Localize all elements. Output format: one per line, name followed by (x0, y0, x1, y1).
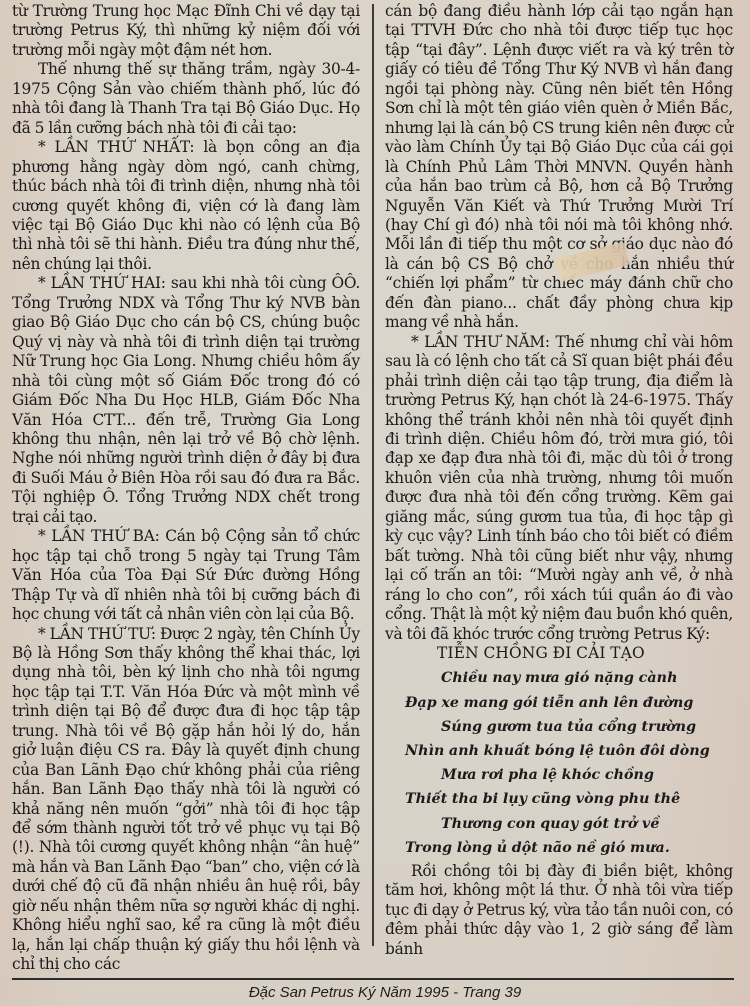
page-footer: Đặc San Petrus Ký Năm 1995 - Trang 39 (0, 984, 750, 1001)
poem-line: Thương con quay gót trở về (385, 812, 733, 836)
paragraph: cán bộ đang điều hành lớp cải tạo ngắn h… (385, 2, 733, 333)
poem-line: Nhìn anh khuất bóng lệ tuôn đôi dòng (385, 739, 733, 763)
paragraph-lan-thu-nam: * LẦN THƯ NĂM: Thế nhưng chỉ vài hôm sau… (385, 333, 733, 644)
poem: Chiều nay mưa gió nặng cành Đạp xe mang … (385, 666, 733, 860)
right-column: cán bộ đang điều hành lớp cải tạo ngắn h… (385, 2, 733, 959)
footer-rule (12, 978, 734, 980)
paragraph: Rồi chồng tôi bị đày đi biền biệt, không… (385, 862, 733, 959)
paragraph-lan-thu-tu: * LẦN THỨ TƯ: Được 2 ngày, tên Chính Ủy … (12, 625, 360, 975)
magazine-page: từ Trường Trung học Mạc Đĩnh Chi về dạy … (0, 0, 750, 1006)
poem-line: Đạp xe mang gói tiễn anh lên đường (385, 691, 733, 715)
paragraph-lan-thu-hai: * LẦN THỨ HAI: sau khi nhà tôi cùng ÔÔ. … (12, 274, 360, 527)
poem-line: Mưa rơi pha lệ khóc chồng (385, 763, 733, 787)
poem-title: TIỄN CHỒNG ĐI CẢI TẠO (385, 644, 733, 663)
paragraph: Thế nhưng thế sự thăng trầm, ngày 30-4-1… (12, 60, 360, 138)
left-column: từ Trường Trung học Mạc Đĩnh Chi về dạy … (12, 2, 360, 975)
poem-line: Thiết tha bi lụy cũng vòng phu thê (385, 787, 733, 811)
paragraph-lan-thu-ba: * LẦN THỨ BA: Cán bộ Cộng sản tổ chức họ… (12, 527, 360, 624)
paragraph: từ Trường Trung học Mạc Đĩnh Chi về dạy … (12, 2, 360, 60)
paragraph-lan-thu-nhat: * LẦN THỨ NHẤT: là bọn công an địa phươn… (12, 138, 360, 274)
poem-line: Súng gươm tua tủa cổng trường (385, 715, 733, 739)
column-divider (372, 4, 374, 946)
poem-line: Chiều nay mưa gió nặng cành (385, 666, 733, 690)
poem-line: Trong lòng ủ dột não nề gió mưa. (385, 836, 733, 860)
